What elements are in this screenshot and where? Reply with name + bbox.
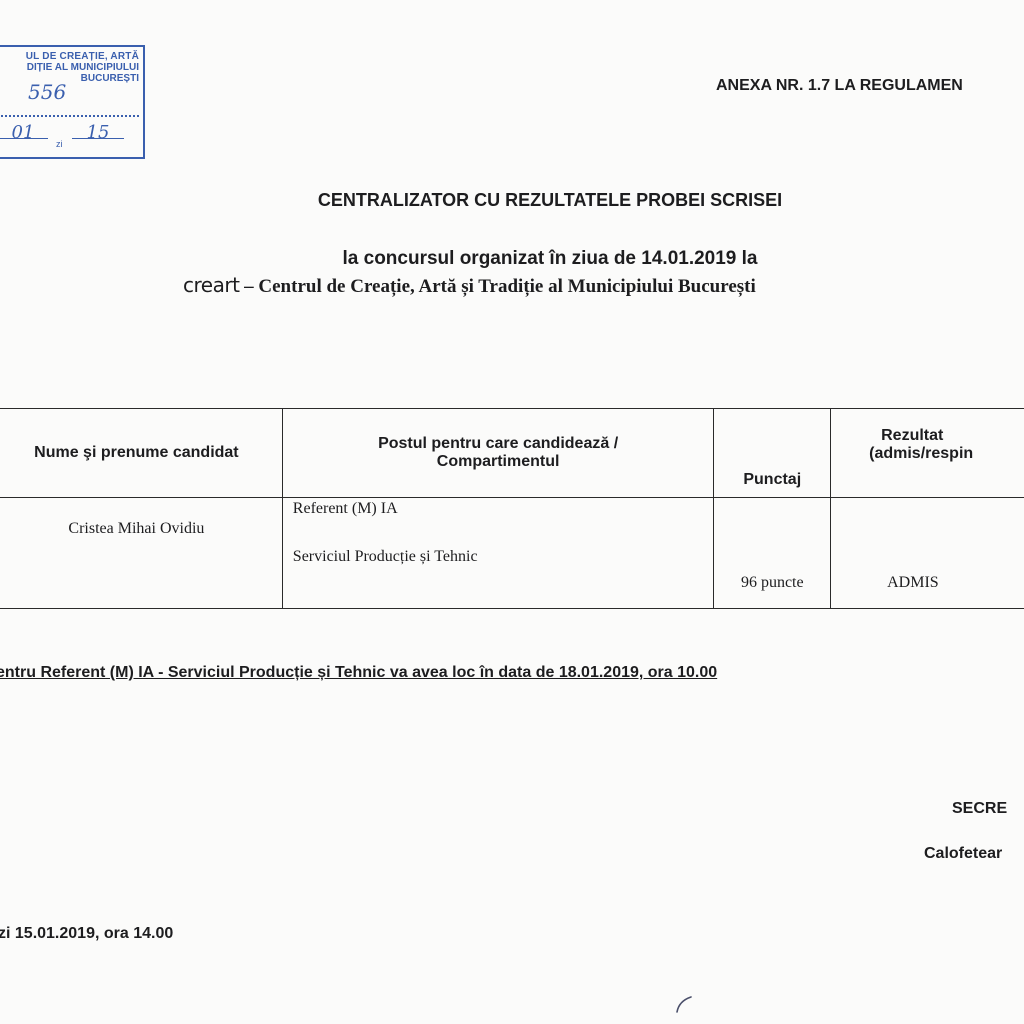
header-post: Postul pentru care candidează / Comparti…	[282, 409, 714, 498]
stamp-day: 15	[72, 127, 124, 139]
registration-stamp: UL DE CREAȚIE, ARTĂ DIȚIE AL MUNICIPIULU…	[0, 45, 145, 159]
posting-date: zi 15.01.2019, ora 14.00	[0, 925, 173, 943]
candidate-post-cell: Referent (M) IA Serviciul Producție și T…	[282, 498, 714, 609]
organization-name: – Centrul de Creație, Artă și Tradiție a…	[239, 276, 755, 297]
stamp-day-label: zi	[56, 139, 63, 150]
candidate-score: 96 puncte	[714, 498, 831, 609]
annex-reference: ANEXA NR. 1.7 LA REGULAMEN	[716, 77, 963, 95]
header-post-line-1: Postul pentru care candidează /	[283, 435, 714, 453]
stamp-month: 01	[0, 127, 48, 139]
header-post-line-2: Compartimentul	[283, 453, 714, 471]
stamp-institution-line-3: BUCUREȘTI	[81, 73, 139, 84]
header-result: Rezultat (admis/respin	[831, 409, 1024, 498]
interview-notice: entru Referent (M) IA - Serviciul Produc…	[0, 664, 717, 682]
header-result-line-1: Rezultat	[881, 427, 1024, 445]
creart-logo: creart	[183, 273, 239, 297]
stamp-institution-line-2: DIȚIE AL MUNICIPIULUI	[27, 62, 139, 73]
results-table: Nume şi prenume candidat Postul pentru c…	[0, 408, 1024, 609]
table-header-row: Nume şi prenume candidat Postul pentru c…	[0, 409, 1024, 498]
candidate-post: Referent (M) IA	[293, 500, 398, 518]
header-candidate-name: Nume şi prenume candidat	[0, 409, 282, 498]
candidate-result: ADMIS	[831, 498, 1024, 609]
document-subtitle: la concursul organizat în ziua de 14.01.…	[0, 248, 1024, 270]
organization-line: creart – Centrul de Creație, Artă și Tra…	[183, 273, 756, 298]
header-result-line-2: (admis/respin	[869, 445, 1024, 463]
table-row: Cristea Mihai Ovidiu Referent (M) IA Ser…	[0, 498, 1024, 609]
header-score-label: Punctaj	[743, 471, 801, 488]
document-title: CENTRALIZATOR CU REZULTATELE PROBEI SCRI…	[0, 190, 1024, 211]
stamp-institution-line-1: UL DE CREAȚIE, ARTĂ	[26, 51, 139, 62]
header-score: Punctaj	[714, 409, 831, 498]
stamp-dotted-divider	[0, 115, 139, 117]
pen-mark-icon	[675, 995, 695, 1013]
candidate-department: Serviciul Producție și Tehnic	[293, 548, 478, 566]
candidate-name: Cristea Mihai Ovidiu	[0, 498, 282, 609]
signature-title: SECRE	[952, 800, 1007, 818]
stamp-registration-number: 556	[28, 87, 66, 98]
signature-name: Calofetear	[924, 845, 1002, 863]
